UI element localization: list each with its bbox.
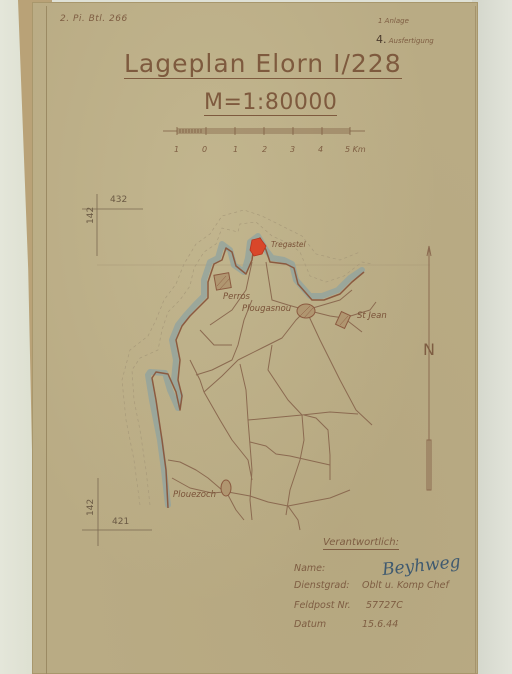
- coastline: [152, 238, 364, 508]
- place-plouezoch: Plouezoch: [173, 490, 216, 500]
- fieldpost-label: Feldpost Nr.: [294, 600, 351, 611]
- responsible-heading: Verantwortlich:: [323, 537, 399, 550]
- grid-easting-bottom: 421: [112, 517, 129, 527]
- place-st-jean: St Jean: [357, 311, 387, 321]
- rank-label: Dienstgrad:: [294, 580, 349, 591]
- place-perros: Perros: [223, 292, 250, 302]
- place-tregastel: Tregastel: [271, 240, 306, 249]
- grid-easting-top: 432: [110, 195, 127, 205]
- date-value: 15.6.44: [362, 619, 398, 630]
- fieldpost-value: 57727C: [366, 600, 403, 611]
- north-arrow: [427, 246, 431, 490]
- date-label: Datum: [294, 619, 326, 630]
- north-label: N: [423, 340, 435, 359]
- name-label: Name:: [294, 563, 325, 574]
- grid-northing-top: 142: [86, 207, 96, 224]
- grid-northing-bottom: 142: [86, 499, 96, 516]
- place-plougasnou: Plougasnou: [242, 304, 291, 314]
- rank-value: Oblt u. Komp Chef: [362, 580, 449, 591]
